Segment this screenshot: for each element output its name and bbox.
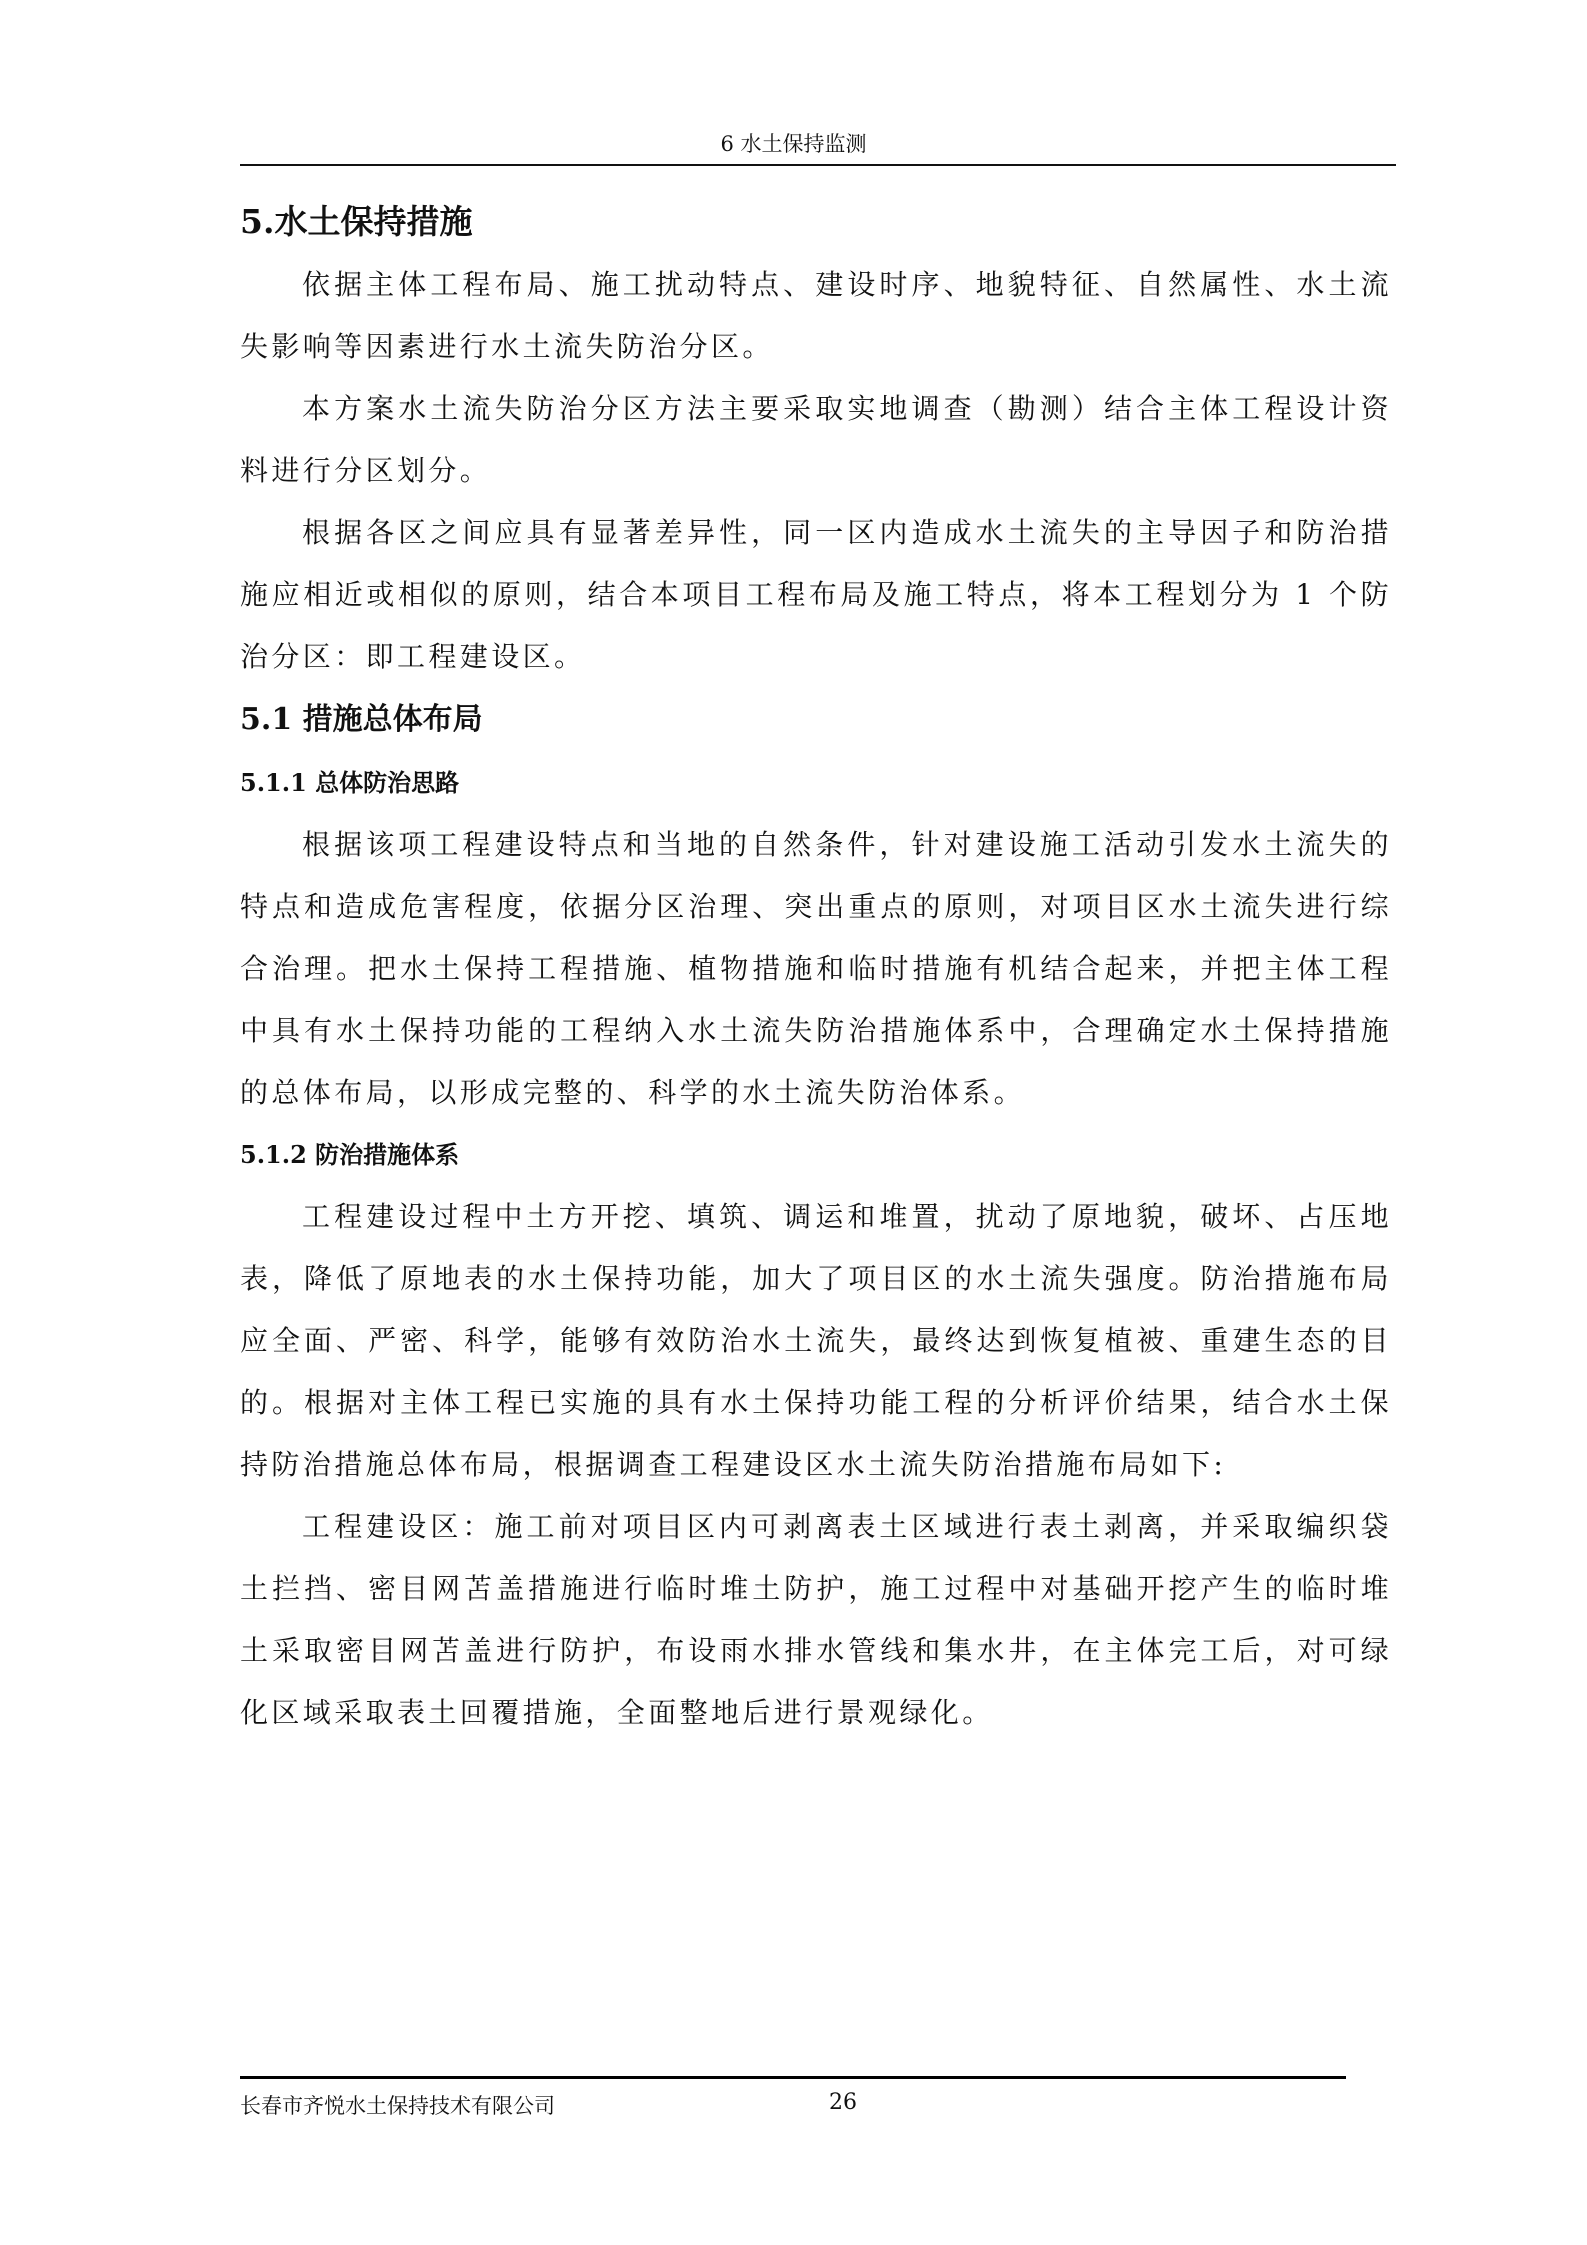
section-5-paragraph-2: 本方案水土流失防治分区方法主要采取实地调查（勘测）结合主体工程设计资料进行分区划…: [240, 378, 1392, 502]
section-5-heading: 5.水土保持措施: [240, 190, 1392, 254]
page-content: 5.水土保持措施 依据主体工程布局、施工扰动特点、建设时序、地貌特征、自然属性、…: [240, 190, 1392, 1744]
section-5-1-1-paragraph-1: 根据该项工程建设特点和当地的自然条件，针对建设施工活动引发水土流失的特点和造成危…: [240, 814, 1392, 1124]
section-5-1-2-heading: 5.1.2 防治措施体系: [240, 1124, 1392, 1186]
section-5-1-heading: 5.1 措施总体布局: [240, 688, 1392, 752]
footer-rule: [240, 2076, 1346, 2079]
running-header-title: 6 水土保持监测: [0, 128, 1587, 158]
section-5-1-1-heading: 5.1.1 总体防治思路: [240, 752, 1392, 814]
section-5-paragraph-3: 根据各区之间应具有显著差异性，同一区内造成水土流失的主导因子和防治措施应相近或相…: [240, 502, 1392, 688]
page-number: 26: [829, 2090, 857, 2115]
section-5-1-2-paragraph-2: 工程建设区：施工前对项目区内可剥离表土区域进行表土剥离，并采取编织袋土拦挡、密目…: [240, 1496, 1392, 1744]
header-rule: [240, 164, 1396, 166]
section-5-1-2-paragraph-1: 工程建设过程中土方开挖、填筑、调运和堆置，扰动了原地貌，破坏、占压地表，降低了原…: [240, 1186, 1392, 1496]
footer-company-name: 长春市齐悦水土保持技术有限公司: [240, 2090, 555, 2120]
section-5-paragraph-1: 依据主体工程布局、施工扰动特点、建设时序、地貌特征、自然属性、水土流失影响等因素…: [240, 254, 1392, 378]
